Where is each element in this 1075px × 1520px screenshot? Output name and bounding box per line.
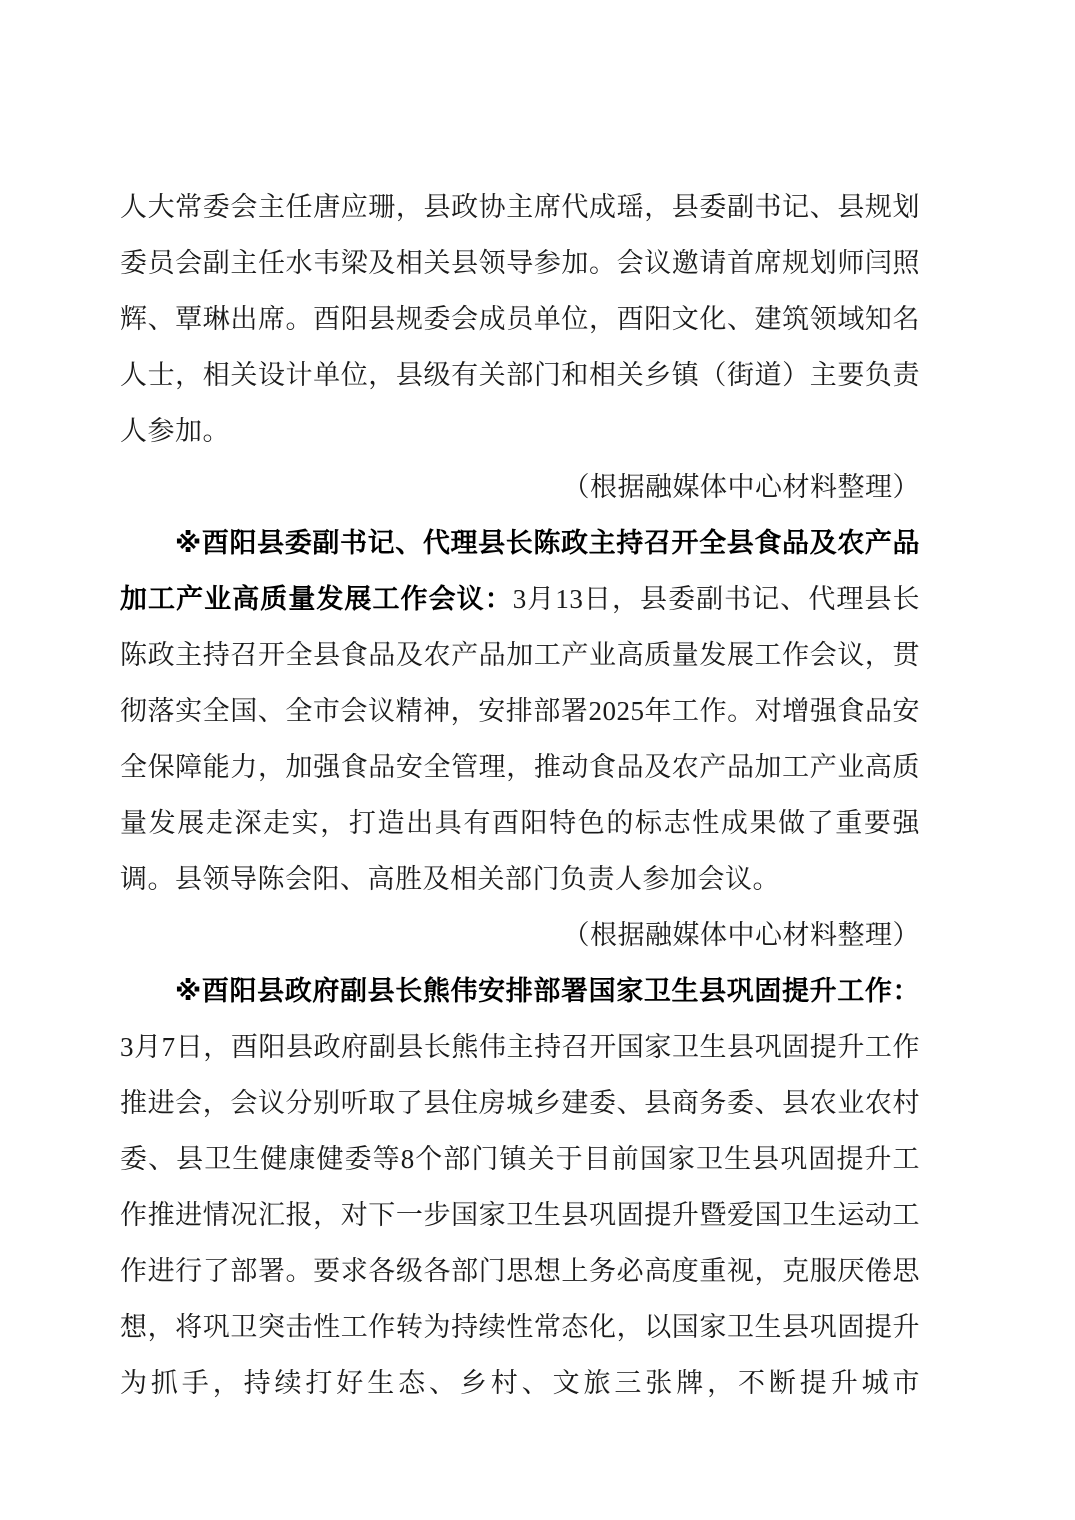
source-credit-line-2: （根据融媒体中心材料整理） <box>120 907 920 963</box>
document-page: 人大常委会主任唐应珊，县政协主席代成瑶，县委副书记、县规划委员会副主任水韦梁及相… <box>0 0 1075 1520</box>
news-headline-sanitary-county: ※酉阳县政府副县长熊伟安排部署国家卫生县巩固提升工作： <box>175 976 920 1006</box>
news-item-sanitary-county-work: ※酉阳县政府副县长熊伟安排部署国家卫生县巩固提升工作：3月7日，酉阳县政府副县长… <box>120 963 920 1411</box>
news-body-food-industry: 3月13日，县委副书记、代理县长陈政主持召开全县食品及农产品加工产业高质量发展工… <box>120 584 920 894</box>
news-item-food-industry-meeting: ※酉阳县委副书记、代理县长陈政主持召开全县食品及农产品加工产业高质量发展工作会议… <box>120 515 920 907</box>
news-body-sanitary-county: 3月7日，酉阳县政府副县长熊伟主持召开国家卫生县巩固提升工作推进会，会议分别听取… <box>120 1032 920 1398</box>
body-paragraph-continuation: 人大常委会主任唐应珊，县政协主席代成瑶，县委副书记、县规划委员会副主任水韦梁及相… <box>120 179 920 459</box>
source-credit-line-1: （根据融媒体中心材料整理） <box>120 459 920 515</box>
